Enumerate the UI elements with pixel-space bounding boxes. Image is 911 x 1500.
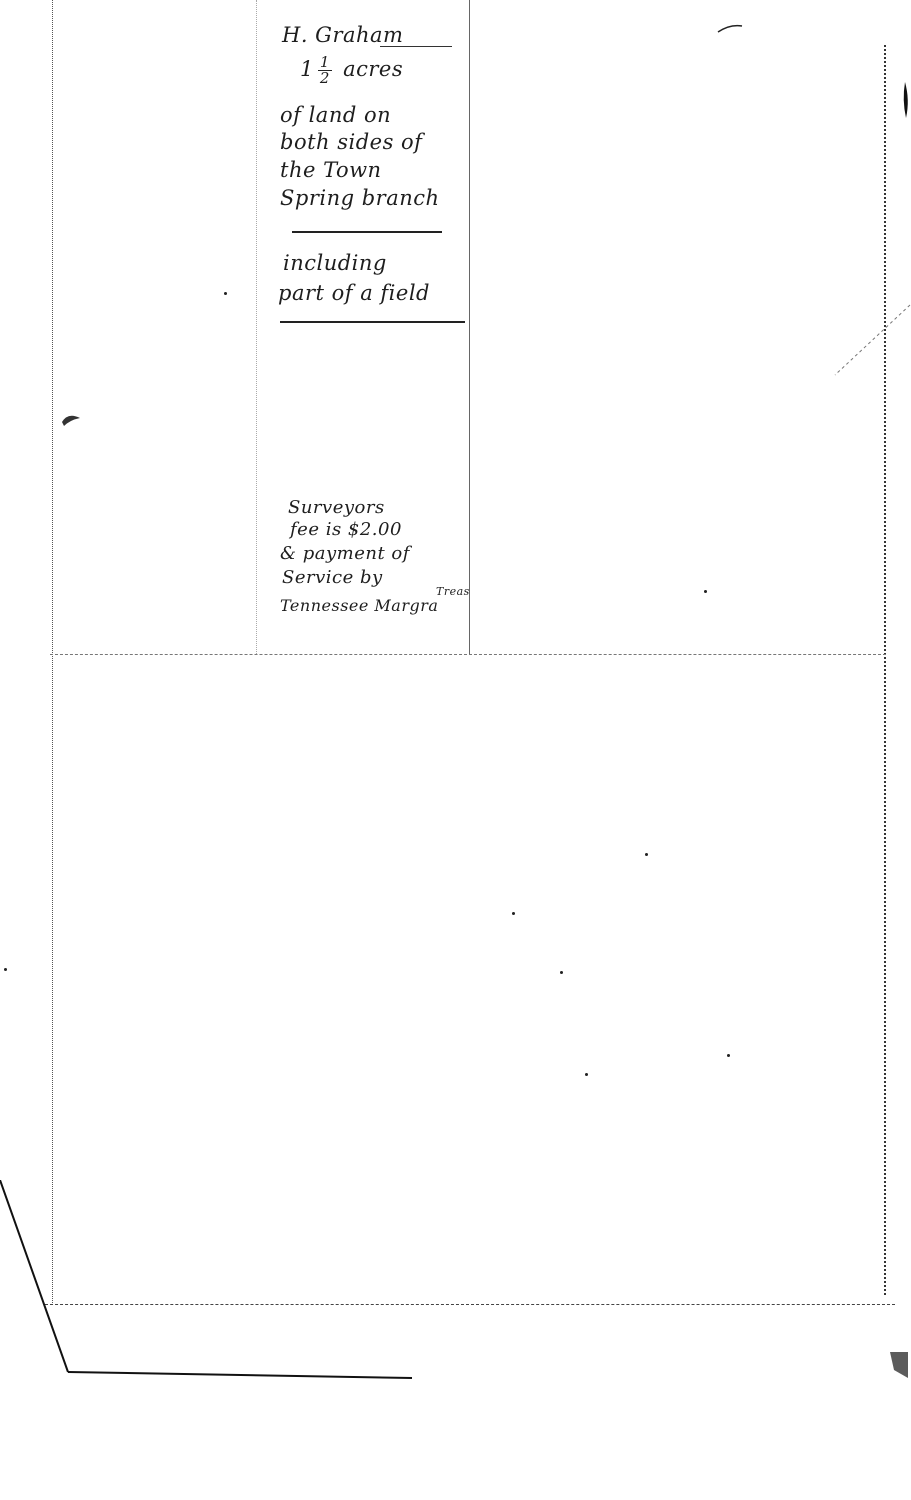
docket-line-6: part of a field: [278, 280, 430, 307]
scan-speck: [645, 853, 648, 856]
scan-speck: [512, 912, 515, 915]
scan-speck: [585, 1073, 588, 1076]
fee-line-1: Surveyors: [288, 496, 385, 519]
docket-column-left-border: [256, 0, 257, 654]
docket-line-4: Spring branch: [280, 185, 440, 212]
docket-rule-2: [280, 321, 465, 323]
docket-acreage: 112 acres: [300, 55, 403, 86]
docket-line-3: the Town: [280, 157, 382, 184]
scanned-document-page: H. Graham 112 acres of land on both side…: [0, 0, 911, 1500]
docket-line-5: including: [283, 250, 387, 277]
acreage-unit: acres: [343, 57, 403, 81]
corner-mark: [716, 22, 746, 36]
scan-speck: [224, 292, 227, 295]
fee-superscript: Treas: [436, 586, 470, 598]
scan-speck: [4, 968, 7, 971]
docket-line-2: both sides of: [280, 129, 422, 156]
crease-mark: [830, 300, 911, 380]
ink-blot: [58, 408, 88, 438]
fee-line-5: Tennessee Margra: [280, 594, 438, 617]
scan-speck: [704, 590, 707, 593]
docket-line-1: of land on: [280, 102, 391, 129]
docket-name: H. Graham: [282, 22, 403, 49]
fee-line-2: fee is $2.00: [290, 518, 402, 541]
docket-column-right-border: [469, 0, 470, 654]
right-edge-mark: [900, 80, 911, 120]
scan-speck: [560, 971, 563, 974]
middle-fold-line: [50, 654, 886, 655]
fee-line-3: & payment of: [280, 542, 410, 565]
folded-paper-edge: [0, 1180, 420, 1380]
scan-speck: [727, 1054, 730, 1057]
left-page-border: [52, 0, 53, 1305]
right-edge-blot: [880, 1350, 911, 1380]
docket-rule-1: [292, 231, 442, 233]
fee-line-4: Service by: [282, 566, 383, 589]
name-underline: [380, 46, 452, 47]
acreage-fraction: 12: [318, 55, 332, 86]
acreage-whole: 1: [300, 57, 314, 81]
right-page-border: [884, 45, 886, 1295]
